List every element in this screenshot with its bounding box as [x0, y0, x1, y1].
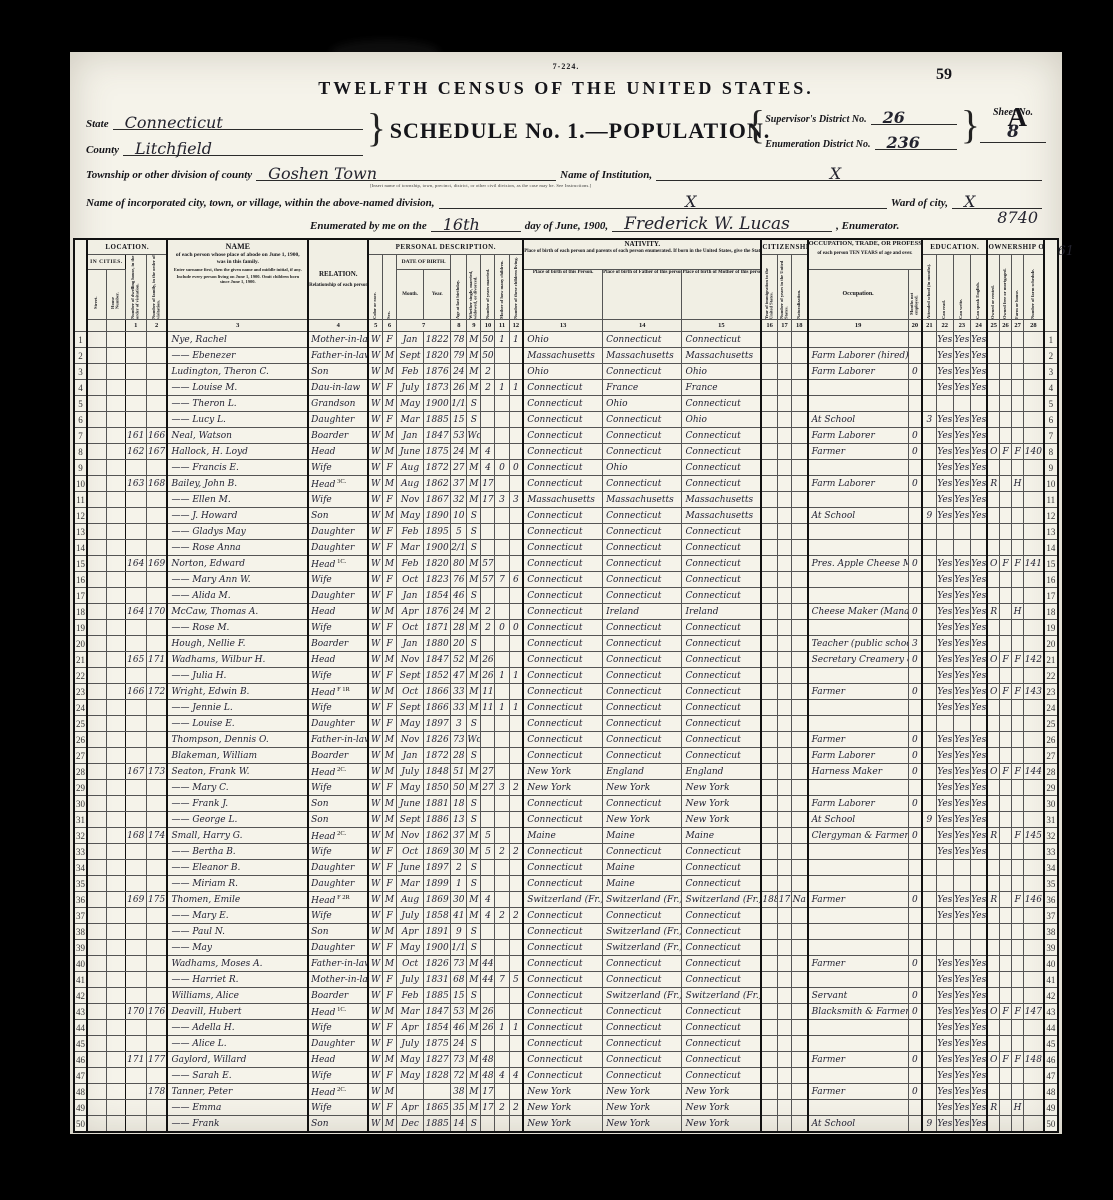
- relation: Wife: [308, 908, 368, 924]
- in-cities-header: IN CITIES.: [87, 255, 125, 270]
- person-name: —— Rose Anna: [167, 540, 308, 556]
- can-read: Yes: [936, 364, 953, 380]
- color-race: W: [368, 588, 382, 604]
- birth-month: [397, 1084, 424, 1100]
- mother-of-children: [495, 940, 509, 956]
- street-cell: [87, 844, 106, 860]
- father-birthplace: Connecticut: [603, 1004, 682, 1020]
- ward-value: X: [964, 192, 975, 211]
- birthplace: Connecticut: [523, 620, 602, 636]
- color-race: W: [368, 1100, 382, 1116]
- occupation: At School: [808, 1116, 908, 1133]
- relation: Wife: [308, 620, 368, 636]
- birthplace: New York: [523, 780, 602, 796]
- marital-status: S: [467, 412, 481, 428]
- birth-year: 1869: [424, 844, 451, 860]
- months-not-employed: 0: [908, 1052, 922, 1068]
- row-number-left: 19: [74, 620, 87, 636]
- house-number-cell: [106, 348, 125, 364]
- owned-or-rented: R: [987, 828, 999, 844]
- can-read: Yes: [936, 780, 953, 796]
- years-married: 27: [481, 780, 495, 796]
- age: 33: [451, 684, 467, 700]
- table-row: 2—— EbenezerFather-in-lawWMSept182079M50…: [74, 348, 1058, 364]
- dwelling-number: [125, 924, 146, 940]
- immigration-year: [761, 636, 777, 652]
- row-number-right: 26: [1044, 732, 1058, 748]
- immigration-year: [761, 444, 777, 460]
- attended-school: [922, 380, 936, 396]
- years-in-us: [777, 332, 791, 348]
- attended-school: [922, 1004, 936, 1020]
- birth-year: 1885: [424, 412, 451, 428]
- age: 24: [451, 1036, 467, 1052]
- house-number-cell: [106, 1036, 125, 1052]
- farm-schedule-no: [1024, 524, 1044, 540]
- street-cell: [87, 412, 106, 428]
- children-living: [509, 652, 523, 668]
- color-race: W: [368, 524, 382, 540]
- free-or-mortgaged: [1000, 924, 1012, 940]
- occupation: [808, 844, 908, 860]
- years-married: 11: [481, 700, 495, 716]
- farm-or-house: [1012, 1068, 1024, 1084]
- mother-of-children: [495, 732, 509, 748]
- dwelling-number: [125, 1036, 146, 1052]
- can-write: Yes: [953, 460, 970, 476]
- street-cell: [87, 540, 106, 556]
- dwelling-number: 166: [125, 684, 146, 700]
- children-living: 1: [509, 380, 523, 396]
- dwelling-number: [125, 1084, 146, 1100]
- years-married: [481, 540, 495, 556]
- birthplace: Connecticut: [523, 876, 602, 892]
- row-number-left: 27: [74, 748, 87, 764]
- birth-year: 1899: [424, 876, 451, 892]
- can-speak-english: Yes: [970, 588, 987, 604]
- farm-schedule-no: [1024, 460, 1044, 476]
- free-or-mortgaged: F: [1000, 1052, 1012, 1068]
- immigration-year: [761, 364, 777, 380]
- can-read: Yes: [936, 1100, 953, 1116]
- age: 2/12: [451, 540, 467, 556]
- children-living: [509, 1004, 523, 1020]
- free-or-mortgaged: [1000, 1100, 1012, 1116]
- relation: Daughter: [308, 716, 368, 732]
- family-number: 171: [146, 652, 167, 668]
- house-number-cell: [106, 860, 125, 876]
- birth-year: 1897: [424, 860, 451, 876]
- children-living: [509, 428, 523, 444]
- sex: M: [382, 444, 396, 460]
- col-birth-month: Month.: [397, 270, 424, 320]
- years-in-us: [777, 844, 791, 860]
- can-write: Yes: [953, 348, 970, 364]
- age: 50: [451, 780, 467, 796]
- street-cell: [87, 1084, 106, 1100]
- family-number: [146, 1116, 167, 1133]
- immigration-year: [761, 428, 777, 444]
- sex-label: Sex.: [387, 255, 392, 319]
- mother-of-children: [495, 508, 509, 524]
- children-living: [509, 748, 523, 764]
- naturalization: [792, 748, 808, 764]
- attended-school: [922, 988, 936, 1004]
- can-speak-english: Yes: [970, 908, 987, 924]
- birth-year: 1873: [424, 380, 451, 396]
- years-married: 44: [481, 956, 495, 972]
- mother-of-children: [495, 348, 509, 364]
- street-cell: [87, 732, 106, 748]
- can-speak-english: Yes: [970, 764, 987, 780]
- can-read: Yes: [936, 412, 953, 428]
- owned-or-rented: [987, 668, 999, 684]
- row-number-left: 1: [74, 332, 87, 348]
- immigration-year: [761, 1036, 777, 1052]
- farm-or-house: [1012, 364, 1024, 380]
- row-number-right: 17: [1044, 588, 1058, 604]
- mother-of-children: [495, 540, 509, 556]
- mother-birthplace: Ohio: [682, 412, 761, 428]
- age: 20: [451, 636, 467, 652]
- enumerated-line: Enumerated by me on the 16th day of June…: [310, 215, 1046, 232]
- years-married-label: Number of years married.: [486, 255, 491, 319]
- can-read: Yes: [936, 1068, 953, 1084]
- can-read: Yes: [936, 972, 953, 988]
- age: 26: [451, 380, 467, 396]
- table-row: 13—— Gladys MayDaughterWFFeb18955SConnec…: [74, 524, 1058, 540]
- dwelling-number: [125, 636, 146, 652]
- can-read: Yes: [936, 636, 953, 652]
- col-months-not-employed: Months not employed.: [908, 270, 922, 320]
- can-write: Yes: [953, 892, 970, 908]
- immigration-year: [761, 876, 777, 892]
- marital-status: M: [467, 444, 481, 460]
- months-not-employed: [908, 844, 922, 860]
- can-write: Yes: [953, 380, 970, 396]
- farm-or-house: F: [1012, 1004, 1024, 1020]
- person-name: —— Alice L.: [167, 1036, 308, 1052]
- children-living: [509, 364, 523, 380]
- years-in-us: [777, 412, 791, 428]
- farm-or-house: [1012, 812, 1024, 828]
- sex: F: [382, 860, 396, 876]
- naturalization: [792, 380, 808, 396]
- birthplace: Connecticut: [523, 524, 602, 540]
- owned-or-rented: R: [987, 892, 999, 908]
- birthplace: Connecticut: [523, 956, 602, 972]
- months-not-employed: [908, 396, 922, 412]
- years-in-us: 17: [777, 892, 791, 908]
- ward-label: Ward of city,: [891, 197, 948, 209]
- col-occupation: Occupation.: [808, 270, 908, 320]
- free-or-mortgaged: [1000, 588, 1012, 604]
- free-or-mortgaged: [1000, 540, 1012, 556]
- marital-status: S: [467, 716, 481, 732]
- children-living: [509, 764, 523, 780]
- occupation: Farmer: [808, 684, 908, 700]
- family-number: [146, 876, 167, 892]
- naturalization: [792, 732, 808, 748]
- months-not-employed: [908, 332, 922, 348]
- row-number-right: 22: [1044, 668, 1058, 684]
- naturalization: [792, 1052, 808, 1068]
- row-number-right: 7: [1044, 428, 1058, 444]
- table-row: 35—— Miriam R.DaughterWFMar18991SConnect…: [74, 876, 1058, 892]
- marital-status: M: [467, 764, 481, 780]
- sex: F: [382, 908, 396, 924]
- sex: M: [382, 508, 396, 524]
- house-number-cell: [106, 812, 125, 828]
- sex: F: [382, 1020, 396, 1036]
- attended-school: [922, 860, 936, 876]
- occupation: Farm Laborer: [808, 476, 908, 492]
- father-birthplace: Ireland: [603, 604, 682, 620]
- birthplace: Connecticut: [523, 508, 602, 524]
- children-living: 1: [509, 700, 523, 716]
- birth-year: 1826: [424, 732, 451, 748]
- naturalization: [792, 972, 808, 988]
- street-cell: [87, 748, 106, 764]
- dwelling-number: [125, 1116, 146, 1133]
- enumerated-day-field: 16th: [431, 215, 521, 232]
- row-number-left: 50: [74, 1116, 87, 1133]
- mother-of-children: [495, 636, 509, 652]
- birth-month: July: [397, 380, 424, 396]
- mother-birthplace: Connecticut: [682, 972, 761, 988]
- house-number-cell: [106, 668, 125, 684]
- house-number-cell: [106, 652, 125, 668]
- street-cell: [87, 860, 106, 876]
- occupation: [808, 716, 908, 732]
- house-number-cell: [106, 956, 125, 972]
- can-read: Yes: [936, 796, 953, 812]
- person-name: Tanner, Peter: [167, 1084, 308, 1100]
- birth-year: 1895: [424, 524, 451, 540]
- children-living: 4: [509, 1068, 523, 1084]
- farm-or-house: F: [1012, 828, 1024, 844]
- years-married: [481, 636, 495, 652]
- birthplace: Connecticut: [523, 604, 602, 620]
- months-not-employed: [908, 876, 922, 892]
- naturalization: [792, 444, 808, 460]
- owned-or-rented: [987, 412, 999, 428]
- immigration-year: [761, 508, 777, 524]
- row-number-left: 11: [74, 492, 87, 508]
- table-row: 43170176Deavill, HubertHead 1C.WMMar1847…: [74, 1004, 1058, 1020]
- farm-schedule-no: [1024, 540, 1044, 556]
- attended-school: [922, 1068, 936, 1084]
- table-header: LOCATION. NAME of each person whose plac…: [74, 239, 1058, 332]
- house-number-cell: [106, 636, 125, 652]
- row-number-right: 36: [1044, 892, 1058, 908]
- marital-status: M: [467, 1052, 481, 1068]
- mother-birthplace: Connecticut: [682, 684, 761, 700]
- birth-year: 1847: [424, 1004, 451, 1020]
- birth-month: Nov: [397, 732, 424, 748]
- occupation: At School: [808, 508, 908, 524]
- street-cell: [87, 508, 106, 524]
- years-in-us: [777, 796, 791, 812]
- owned-or-rented: O: [987, 652, 999, 668]
- occupation: [808, 332, 908, 348]
- dwelling-number: [125, 876, 146, 892]
- naturalization: [792, 684, 808, 700]
- can-speak-english: Yes: [970, 748, 987, 764]
- house-number-cell: [106, 556, 125, 572]
- can-speak-english: Yes: [970, 476, 987, 492]
- age: 37: [451, 476, 467, 492]
- sex: M: [382, 652, 396, 668]
- naturalization: [792, 412, 808, 428]
- age: 32: [451, 492, 467, 508]
- naturalization: [792, 524, 808, 540]
- father-birthplace: Maine: [603, 860, 682, 876]
- street-cell: [87, 780, 106, 796]
- person-name: Wright, Edwin B.: [167, 684, 308, 700]
- can-read: [936, 860, 953, 876]
- occupation: [808, 492, 908, 508]
- attended-school: [922, 444, 936, 460]
- person-name: Norton, Edward: [167, 556, 308, 572]
- color-race: W: [368, 988, 382, 1004]
- row-number-right: 38: [1044, 924, 1058, 940]
- years-married: 4: [481, 892, 495, 908]
- name-column-desc: of each person whose place of abode on J…: [168, 251, 307, 267]
- years-in-us: [777, 972, 791, 988]
- marital-status: M: [467, 956, 481, 972]
- mother-birthplace: Massachusetts: [682, 508, 761, 524]
- farm-or-house: [1012, 588, 1024, 604]
- color-race: W: [368, 380, 382, 396]
- naturalization: [792, 348, 808, 364]
- children-living: [509, 540, 523, 556]
- attended-school: [922, 332, 936, 348]
- owned-or-rented: [987, 732, 999, 748]
- house-number-cell: [106, 1116, 125, 1133]
- mother-birthplace: Switzerland (Fr.): [682, 892, 761, 908]
- immigration-year: [761, 940, 777, 956]
- dwelling-number: 167: [125, 764, 146, 780]
- row-number-left: 34: [74, 860, 87, 876]
- free-or-mortgaged: [1000, 988, 1012, 1004]
- person-name: Nye, Rachel: [167, 332, 308, 348]
- mother-birthplace: Connecticut: [682, 652, 761, 668]
- col-street: Street.: [87, 270, 106, 320]
- sex: F: [382, 540, 396, 556]
- can-speak-english: Yes: [970, 604, 987, 620]
- years-married: 50: [481, 332, 495, 348]
- occupation: Blacksmith & Farmer: [808, 1004, 908, 1020]
- farm-schedule-no: [1024, 1020, 1044, 1036]
- column-number: 17: [777, 320, 791, 332]
- mother-birthplace: Connecticut: [682, 876, 761, 892]
- farm-or-house: [1012, 716, 1024, 732]
- sex: F: [382, 620, 396, 636]
- can-speak-english: Yes: [970, 412, 987, 428]
- occupation: [808, 924, 908, 940]
- house-number-cell: [106, 1020, 125, 1036]
- age: 24: [451, 444, 467, 460]
- months-not-employed: 0: [908, 748, 922, 764]
- nativity-desc: Place of birth of each person and parent…: [524, 249, 760, 255]
- can-speak-english: [970, 396, 987, 412]
- immigration-year: [761, 1020, 777, 1036]
- pencil-annotation: F 2R: [335, 894, 349, 901]
- table-row: 19—— Rose M.WifeWFOct187128M200Connectic…: [74, 620, 1058, 636]
- age: 10: [451, 508, 467, 524]
- relation: Father-in-law: [308, 348, 368, 364]
- can-read: Yes: [936, 1036, 953, 1052]
- sex: F: [382, 716, 396, 732]
- farm-schedule-no: [1024, 844, 1044, 860]
- family-number: [146, 1020, 167, 1036]
- mother-of-children: 7: [495, 572, 509, 588]
- free-or-mortgaged: [1000, 636, 1012, 652]
- sheet-number-block: Sheet No. 8: [980, 107, 1046, 143]
- col-family-number: Number of family, in the order of visita…: [146, 255, 167, 320]
- immigration-year: [761, 412, 777, 428]
- mother-birthplace: Connecticut: [682, 1004, 761, 1020]
- birth-month: Dec: [397, 1116, 424, 1133]
- relation: Head F 1R: [308, 684, 368, 700]
- can-speak-english: Yes: [970, 1036, 987, 1052]
- months-not-employed: [908, 668, 922, 684]
- house-number-cell: [106, 764, 125, 780]
- immigration-year: [761, 812, 777, 828]
- can-speak-english: Yes: [970, 1116, 987, 1133]
- color-race: W: [368, 508, 382, 524]
- person-name: Bailey, John B.: [167, 476, 308, 492]
- farm-or-house: F: [1012, 892, 1024, 908]
- mother-of-children: 7: [495, 972, 509, 988]
- attended-school: 3: [922, 412, 936, 428]
- occupation: Clergyman & Farmer: [808, 828, 908, 844]
- months-not-employed: 0: [908, 364, 922, 380]
- can-read: [936, 540, 953, 556]
- can-write: [953, 524, 970, 540]
- color-race: W: [368, 828, 382, 844]
- free-or-mortgaged: [1000, 748, 1012, 764]
- age: 47: [451, 668, 467, 684]
- years-married: [481, 1036, 495, 1052]
- can-speak-english: Yes: [970, 508, 987, 524]
- state-county-block: State Connecticut County Litchfield }: [86, 104, 386, 156]
- attended-school: [922, 924, 936, 940]
- marital-status: M: [467, 700, 481, 716]
- group-education: EDUCATION.: [922, 239, 987, 255]
- row-number-right: 16: [1044, 572, 1058, 588]
- family-number: 166: [146, 428, 167, 444]
- attended-school: [922, 652, 936, 668]
- row-number-left: 39: [74, 940, 87, 956]
- marital-status: M: [467, 1084, 481, 1100]
- months-not-employed: [908, 1100, 922, 1116]
- farm-schedule-no: [1024, 332, 1044, 348]
- marital-status: M: [467, 364, 481, 380]
- farm-or-house: [1012, 572, 1024, 588]
- naturalization: [792, 572, 808, 588]
- mother-birthplace: Connecticut: [682, 332, 761, 348]
- years-in-us: [777, 572, 791, 588]
- birthplace: New York: [523, 1084, 602, 1100]
- years-married: 2: [481, 380, 495, 396]
- can-read: Yes: [936, 1084, 953, 1100]
- age: 51: [451, 764, 467, 780]
- house-number-cell: [106, 828, 125, 844]
- can-speak-english: Yes: [970, 380, 987, 396]
- marital-status: M: [467, 492, 481, 508]
